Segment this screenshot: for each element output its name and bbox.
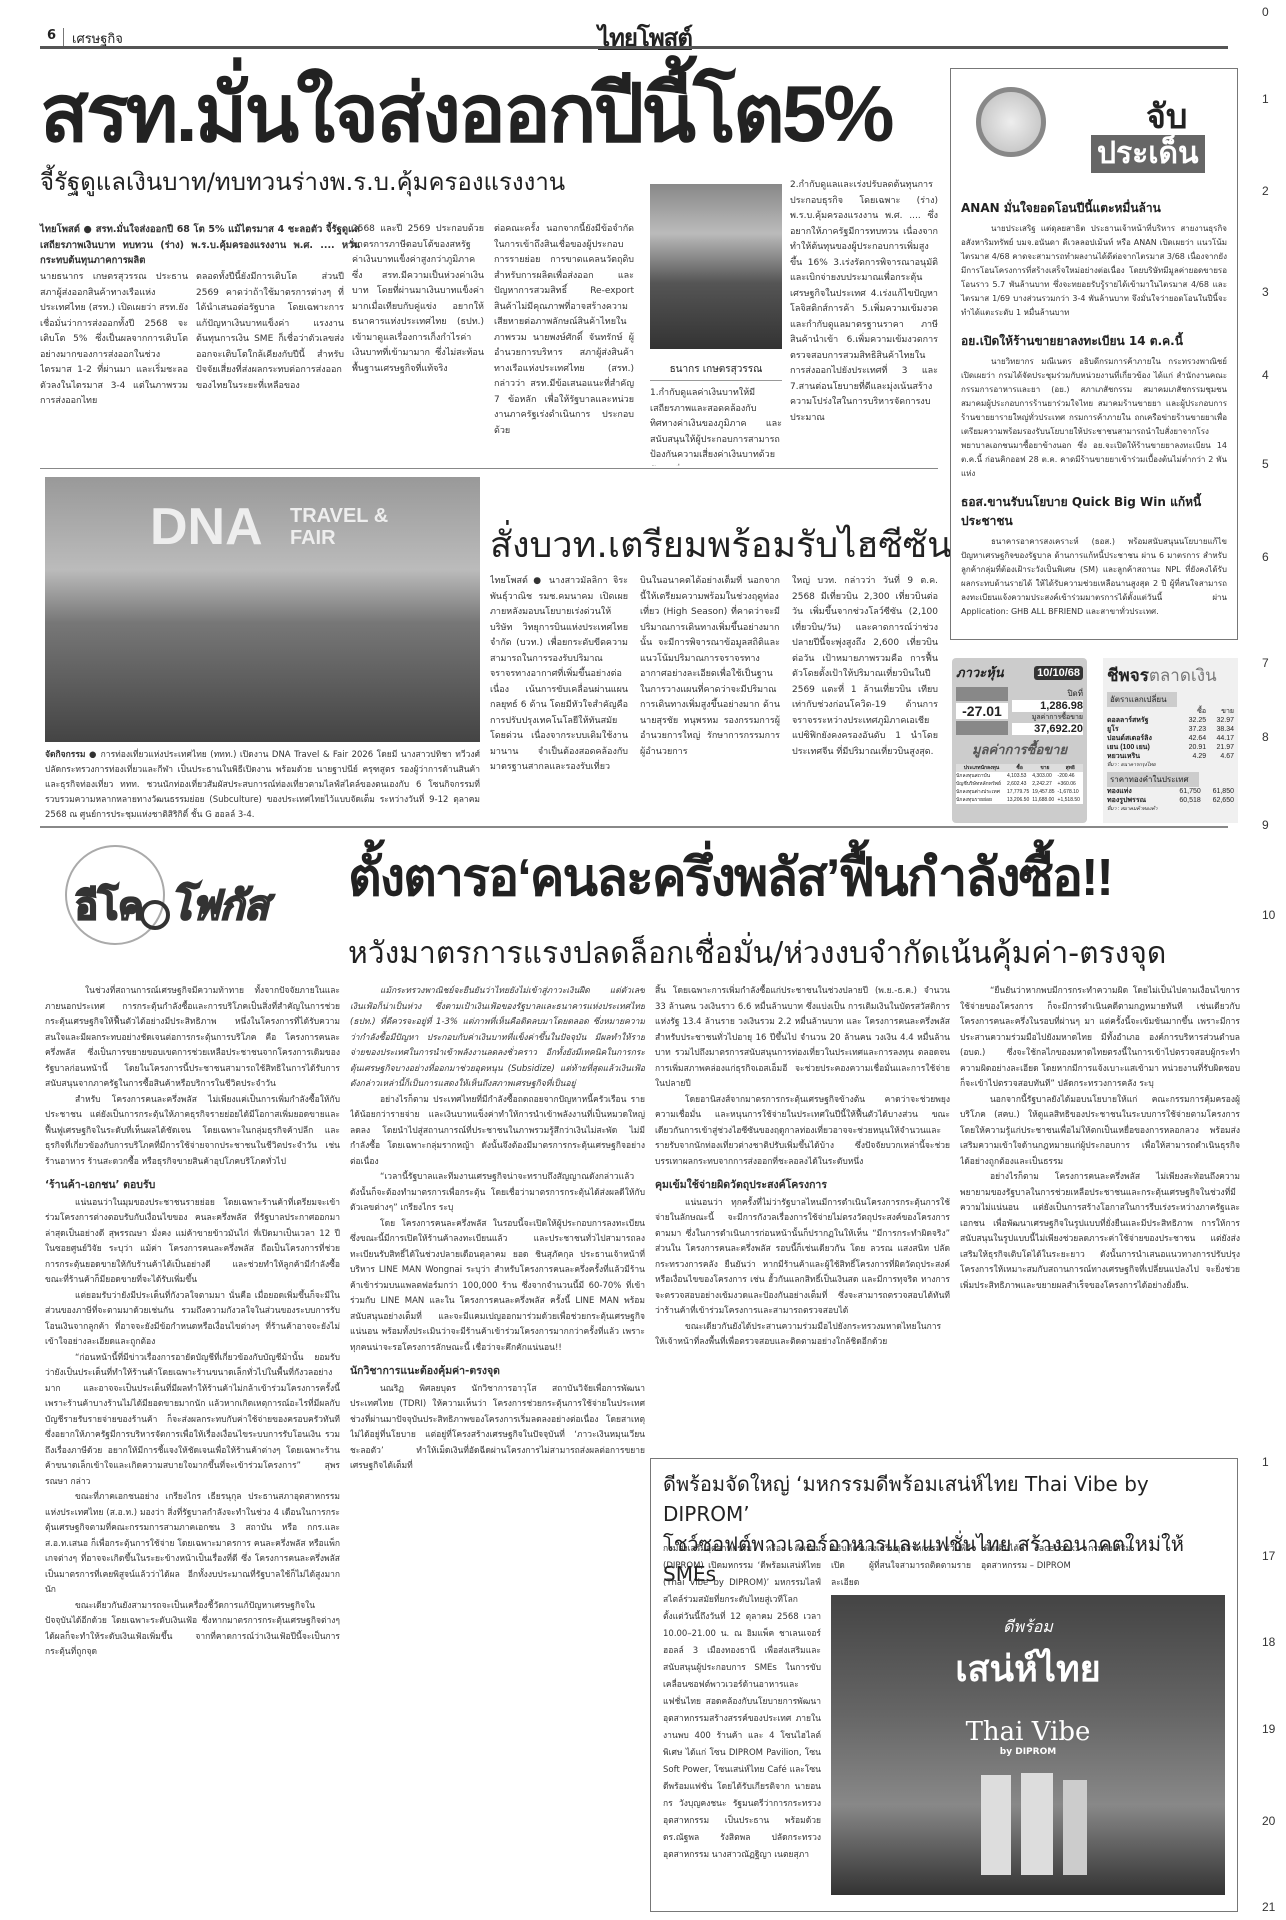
sidebar-item-title: ANAN มั่นใจยอดโอนปีนี้แตะหมื่นล้าน xyxy=(961,199,1227,218)
close-label: ปิดที่ xyxy=(1012,687,1083,700)
lead-headline: สรท.มั่นใจส่งออกปีนี้โต5% xyxy=(40,64,892,164)
close-value: 1,286.98 xyxy=(1012,700,1083,712)
caption-text: ● การท่องเที่ยวแห่งประเทศไทย (ททท.) เปิด… xyxy=(45,750,480,820)
cell: ดอลลาร์สหรัฐ xyxy=(1107,716,1178,725)
lead-col-1: นายธนากร เกษตรสุวรรณ ประธานสภาผู้ส่งออกส… xyxy=(40,270,188,460)
paragraph: สำหรับ โครงการคนละครึ่งพลัส ไม่เพียงแค่เ… xyxy=(45,1093,340,1171)
eco-subheadline: หวังมาตรการแรงปลดล็อกเชื่อมั่น/ห่วงงบจำก… xyxy=(348,930,1166,977)
cell: 62,650 xyxy=(1201,796,1234,805)
logo-top: ดีพร้อม xyxy=(831,1615,1225,1640)
ruler-mark: 21 xyxy=(1262,1900,1275,1914)
fx-row: เยน (100 เยน)20.9121.97 xyxy=(1107,743,1234,752)
table-row: นักลงทุนต่างประเทศ17,779.7519,457.85-1,6… xyxy=(956,788,1083,796)
paragraph: อย่างไรก็ตาม โครงการคนละครึ่งพลัส ไม่เพี… xyxy=(960,1170,1240,1294)
header-rule xyxy=(40,46,1228,49)
ruler-mark: 10 xyxy=(1262,908,1275,922)
cell: 20.91 xyxy=(1178,743,1206,752)
person xyxy=(1063,1780,1087,1875)
logo-en: Thai Vibe xyxy=(831,1717,1225,1747)
ruler-mark: 6 xyxy=(1262,550,1269,564)
fx-row: ดอลลาร์สหรัฐ32.2532.97 xyxy=(1107,716,1234,725)
paragraph: นอกจากนี้รัฐบาลยังได้มอบนโยบายให้แก่ คณะ… xyxy=(960,1093,1240,1171)
cell: 44.17 xyxy=(1206,734,1234,743)
sidebar-item-body: นายประเสริฐ แต่ดุลยสาธิต ประธานเจ้าหน้าท… xyxy=(961,222,1227,320)
cell: 38.34 xyxy=(1206,725,1234,734)
cell: 2,602.43 xyxy=(1007,780,1032,788)
diprom-body-cont-2: เพิ่มเติมได้ที่ Facebook: กรมส่งเสริมอุต… xyxy=(981,1541,1131,1575)
cell: 4,103.53 xyxy=(1007,772,1032,780)
lead-col-5-top: 2.กำกับดูแลและเร่งปรับลดต้นทุนการประกอบธ… xyxy=(790,178,938,466)
thai-vibe-logo: ดีพร้อม เสน่ห์ไทย Thai Vibe by DIPROM xyxy=(831,1615,1225,1757)
ruler-mark: 17 xyxy=(1262,1549,1275,1563)
portrait-photo xyxy=(650,184,782,349)
eco-focus-logo: อีโค โฟกัส xyxy=(45,845,335,975)
sidebar-logo: จับ ประเด็น xyxy=(961,77,1227,187)
person xyxy=(981,1775,1011,1875)
ruler-mark: 19 xyxy=(1262,1722,1275,1736)
cell: 21.97 xyxy=(1206,743,1234,752)
divider xyxy=(40,468,938,469)
cell: หยวนเหริน xyxy=(1107,752,1178,761)
cell: -200.46 xyxy=(1058,772,1083,780)
paragraph: อย่างไรก็ตาม ประเทศไทยที่มีกำลังซื้อถดถอ… xyxy=(350,1093,645,1171)
cell: -1,678.10 xyxy=(1058,788,1083,796)
cell: 32.25 xyxy=(1178,716,1206,725)
cell: ทองแท่ง xyxy=(1107,787,1168,796)
paragraph: ขณะเดียวกันยังได้ประสานความร่วมมือไปยังก… xyxy=(655,1320,950,1351)
magnifier-icon xyxy=(976,87,1046,157)
paragraph: “เวลานี้รัฐบาลและทีมงานเศรษฐกิจน่าจะทราบ… xyxy=(350,1170,645,1217)
cell: 61,850 xyxy=(1201,787,1234,796)
cell: 61,750 xyxy=(1168,787,1201,796)
ruler-mark: 0 xyxy=(1262,5,1269,19)
magnifier-icon xyxy=(140,900,170,930)
paragraph: ขณะเดียวกันยังสามารถจะเป็นเครื่องชี้วัดก… xyxy=(45,1599,340,1661)
paragraph: “ก่อนหน้านี้ที่มีข่าวเรื่องการอายัดบัญชี… xyxy=(45,1351,340,1491)
stock-box: ภาวะหุ้น 10/10/68 -27.01 ปิดที่ 1,286.98… xyxy=(952,658,1087,823)
lead-col-4: ต่อคณะครั้ง นอกจากนี้ยังมีข้อจำกัดในการเ… xyxy=(494,222,634,460)
fx-title-bold: ชีพจร xyxy=(1107,666,1149,685)
cell: ทองรูปพรรณ xyxy=(1107,796,1168,805)
ruler-mark: 4 xyxy=(1262,368,1269,382)
cell: 13,206.50 xyxy=(1007,796,1032,804)
cell: 37.23 xyxy=(1178,725,1206,734)
trade-value: 37,692.20 xyxy=(1012,723,1083,735)
eco-col-1: ในช่วงที่สถานการณ์เศรษฐกิจมีความท้าทาย ท… xyxy=(45,984,340,1920)
cell: 11,688.00 xyxy=(1032,796,1057,804)
lead-intro: ไทยโพสต์ ● สรท.มั่นใจส่งออกปี 68 โต 5% แ… xyxy=(40,222,360,269)
cell: +1,518.50 xyxy=(1058,796,1083,804)
cell: นักลงทุนต่างประเทศ xyxy=(956,788,1007,796)
sidebar-item: ธอส.ขานรับนโยบาย Quick Big Win แก้หนี้ปร… xyxy=(961,493,1227,619)
investor-table: ประเภทนักลงทุน ซื้อ ขาย สุทธิ นักลงทุนสถ… xyxy=(956,764,1083,804)
ruler-mark: 2 xyxy=(1262,184,1269,198)
dna-banner-sub: TRAVEL & FAIR xyxy=(290,505,410,549)
eco-col-2: แม้กระทรวงพาณิชย์จะยืนยันว่าไทยยังไม่เข้… xyxy=(350,984,645,1920)
ruler-mark: 9 xyxy=(1262,818,1269,832)
stock-change: -27.01 xyxy=(956,703,1008,719)
sidebar-item: อย.เปิดให้ร้านขายยาลงทะเบียน 14 ต.ค.นี้ … xyxy=(961,332,1227,481)
headline-line-1: ดีพร้อมจัดใหญ่ ‘มหกรรมดีพร้อมเสน่ห์ไทย T… xyxy=(663,1469,1233,1529)
sidebar-item-body: ธนาคารอาคารสงเคราะห์ (ธอส.) พร้อมสนับสนุ… xyxy=(961,535,1227,619)
cell: 17,779.75 xyxy=(1007,788,1032,796)
sidebar-box: จับ ประเด็น ANAN มั่นใจยอดโอนปีนี้แตะหมื… xyxy=(950,68,1238,640)
cell: 4.29 xyxy=(1178,752,1206,761)
gold-label: ราคาทองคำในประเทศ xyxy=(1107,772,1199,787)
table-header: ประเภทนักลงทุน xyxy=(956,764,1007,772)
diprom-box: ดีพร้อมจัดใหญ่ ‘มหกรรมดีพร้อมเสน่ห์ไทย T… xyxy=(650,1458,1238,1912)
cell: +360.06 xyxy=(1058,780,1083,788)
lead-col-3: 2568 และปี 2569 ประกอบด้วย มาตรการภาษีตอ… xyxy=(352,222,484,460)
paragraph: โดย โครงการคนละครึ่งพลัส ในรอบนี้จะเปิดใ… xyxy=(350,1217,645,1357)
sidebar-item: ANAN มั่นใจยอดโอนปีนี้แตะหมื่นล้าน นายปร… xyxy=(961,199,1227,320)
gold-row: ทองรูปพรรณ60,51862,650 xyxy=(1107,796,1234,805)
cell: ปอนด์สเตอร์ลิง xyxy=(1107,734,1178,743)
divider xyxy=(40,826,1228,828)
ruler-mark: 1 xyxy=(1262,1455,1269,1469)
cell: 4,303.00 xyxy=(1032,772,1057,780)
logo-line-1: อีโค xyxy=(75,875,144,936)
cell: 32.97 xyxy=(1206,716,1234,725)
fx-row: ยูโร37.2338.34 xyxy=(1107,725,1234,734)
aviation-headline: สั่งบวท.เตรียมพร้อมรับไฮซีซัน xyxy=(490,528,952,564)
table-row: บัญชีบริษัทหลักทรัพย์2,602.432,242.27+36… xyxy=(956,780,1083,788)
lead-col-2: ตลอดทั้งปีนี้ยังมีการเติบโต ส่วนปี 2569 … xyxy=(196,270,344,460)
subheading: นักวิชาการแนะต้องคุ้มค่า-ตรงจุด xyxy=(350,1364,645,1380)
cell: นักลงทุนรายย่อย xyxy=(956,796,1007,804)
fx-row: หยวนเหริน4.294.67 xyxy=(1107,752,1234,761)
masthead-logo: ไทยโพสต์ xyxy=(598,18,692,57)
cell: 60,518 xyxy=(1168,796,1201,805)
fx-source: ที่มา : ธนาคารกรุงไทย xyxy=(1107,761,1234,769)
paragraph: แม้กระทรวงพาณิชย์จะยืนยันว่าไทยยังไม่เข้… xyxy=(350,984,645,1093)
cell: เยน (100 เยน) xyxy=(1107,743,1178,752)
subheading: ‘ร้านค้า-เอกชน’ ตอบรับ xyxy=(45,1178,340,1194)
table-row: นักลงทุนสถาบัน4,103.534,303.00-200.46 xyxy=(956,772,1083,780)
ruler-mark: 1 xyxy=(1262,92,1269,106)
paragraph: แต่ยอมรับว่ายังมีประเด็นที่กังวลใจตามมา … xyxy=(45,1289,340,1351)
fx-title-light: ตลาดเงิน xyxy=(1149,666,1217,685)
aviation-col-1: ไทยโพสต์ ● นางสาวมัลลิกา จิระพันธุ์วาณิช… xyxy=(490,574,628,824)
value-label: มูลค่าการซื้อขาย xyxy=(1012,712,1083,723)
gold-source: ที่มา : สมาคมค้าทองคำ xyxy=(1107,805,1234,813)
portrait-caption: ธนากร เกษตรสุวรรณ xyxy=(650,362,782,377)
sidebar-item-title: ธอส.ขานรับนโยบาย Quick Big Win แก้หนี้ปร… xyxy=(961,493,1227,531)
subheading: คุมเข้มใช้จ่ายผิดวัตถุประสงค์โครงการ xyxy=(655,1178,950,1194)
page-number: 6 xyxy=(40,28,64,46)
logo-mid: เสน่ห์ไทย xyxy=(831,1640,1225,1697)
table-header: ซื้อ xyxy=(1007,764,1032,772)
fx-header: ซื้อ xyxy=(1178,707,1206,716)
ruler-mark: 18 xyxy=(1262,1635,1275,1649)
cell: 4.67 xyxy=(1206,752,1234,761)
sidebar-item-title: อย.เปิดให้ร้านขายยาลงทะเบียน 14 ต.ค.นี้ xyxy=(961,332,1227,351)
paragraph: แน่นอนว่าในมุมของประชาชนรายย่อย โดยเฉพาะ… xyxy=(45,1196,340,1289)
cell: บัญชีบริษัทหลักทรัพย์ xyxy=(956,780,1007,788)
ruler-mark: 8 xyxy=(1262,730,1269,744)
cell: ยูโร xyxy=(1107,725,1178,734)
gold-table: ทองแท่ง61,75061,850 ทองรูปพรรณ60,51862,6… xyxy=(1107,787,1234,805)
eco-col-4: “ยืนยันว่าหากพบมีการกระทำความผิด โดยไม่เ… xyxy=(960,984,1240,1424)
fx-label: อัตราแลกเปลี่ยน xyxy=(1107,692,1177,707)
paragraph: นณริฏ พิศลยบุตร นักวิชาการอาวุโส สถาบันว… xyxy=(350,1382,645,1475)
stock-date: 10/10/68 xyxy=(1034,666,1083,680)
paragraph: โดยอานิสงส์จากมาตรการกระตุ้นเศรษฐกิจข้าง… xyxy=(655,1093,950,1171)
table-header: สุทธิ xyxy=(1058,764,1083,772)
paragraph: ขณะที่ภาคเอกชนอย่าง เกรียงไกร เธียรนุกุล… xyxy=(45,1490,340,1599)
diprom-body-cont: อธิบดีกรมส่งเสริมอุตสาหกรรม ร่วมพิธีเปิด… xyxy=(831,1541,971,1592)
dna-banner-text: DNA xyxy=(150,497,263,557)
table-header: ขาย xyxy=(1032,764,1057,772)
dna-caption: จัดกิจกรรม ● การท่องเที่ยวแห่งประเทศไทย … xyxy=(45,748,480,823)
logo-by: by DIPROM xyxy=(831,1747,1225,1757)
cell: 19,457.85 xyxy=(1032,788,1057,796)
ruler-mark: 5 xyxy=(1262,457,1269,471)
ruler-mark: 7 xyxy=(1262,656,1269,670)
paragraph: สิ้น โดยเฉพาะการเพิ่มกำลังซื้อแก่ประชาชน… xyxy=(655,984,950,1093)
caption-label: จัดกิจกรรม xyxy=(45,750,86,760)
fx-row: ปอนด์สเตอร์ลิง42.6444.17 xyxy=(1107,734,1234,743)
cell: 2,242.27 xyxy=(1032,780,1057,788)
trade-title: มูลค่าการซื้อขาย xyxy=(956,739,1083,760)
aviation-col-2: บินในอนาคตได้อย่างเต็มที่ นอกจากนี้ให้เต… xyxy=(640,574,780,824)
lead-col-5-bottom: 1.กำกับดูแลค่าเงินบาทให้มีเสถียรภาพและสอ… xyxy=(650,386,782,466)
eco-col-3: สิ้น โดยเฉพาะการเพิ่มกำลังซื้อแก่ประชาชน… xyxy=(655,984,950,1424)
person xyxy=(1021,1773,1053,1875)
fx-table: ซื้อขาย ดอลลาร์สหรัฐ32.2532.97 ยูโร37.23… xyxy=(1107,707,1234,761)
dna-event-photo: DNA TRAVEL & FAIR xyxy=(45,477,480,742)
stock-title: ภาวะหุ้น xyxy=(956,662,1004,683)
divider xyxy=(650,380,782,381)
sidebar-item-body: นายวิทยากร มณีเนตร อธิบดีกรมการค้าภายใน … xyxy=(961,355,1227,481)
aviation-col-3: ใหญ่ บวท. กล่าวว่า วันที่ 9 ต.ค. 2568 มี… xyxy=(792,574,938,824)
eco-headline: ตั้งตารอ‘คนละครึ่งพลัส’ฟื้นกำลังซื้อ!! xyxy=(348,852,1112,904)
ruler-mark: 20 xyxy=(1262,1814,1275,1828)
diprom-event-photo: ดีพร้อม เสน่ห์ไทย Thai Vibe by DIPROM xyxy=(831,1595,1225,1895)
lead-subheadline: จี้รัฐดูแลเงินบาท/ทบทวนร่างพ.ร.บ.คุ้มครอ… xyxy=(40,166,565,198)
paragraph: ในช่วงที่สถานการณ์เศรษฐกิจมีความท้าทาย ท… xyxy=(45,984,340,1093)
ruler-mark: 3 xyxy=(1262,285,1269,299)
paragraph: แน่นอนว่า ทุกครั้งที่ไม่ว่ารัฐบาลไหนมีกา… xyxy=(655,1196,950,1320)
logo-line-2: โฟกัส xyxy=(170,873,268,937)
gold-row: ทองแท่ง61,75061,850 xyxy=(1107,787,1234,796)
diprom-body: กรมส่งเสริมอุตสาหกรรม หรือ ดีพร้อม (DIPR… xyxy=(663,1541,821,1906)
table-row: นักลงทุนรายย่อย13,206.5011,688.00+1,518.… xyxy=(956,796,1083,804)
fx-box: ชีพจรตลาดเงิน อัตราแลกเปลี่ยน ซื้อขาย ดอ… xyxy=(1103,658,1238,823)
fx-header: ขาย xyxy=(1206,707,1234,716)
logo-line-2: ประเด็น xyxy=(1091,135,1205,173)
paragraph: “ยืนยันว่าหากพบมีการกระทำความผิด โดยไม่เ… xyxy=(960,984,1240,1093)
cell: นักลงทุนสถาบัน xyxy=(956,772,1007,780)
cell: 42.64 xyxy=(1178,734,1206,743)
